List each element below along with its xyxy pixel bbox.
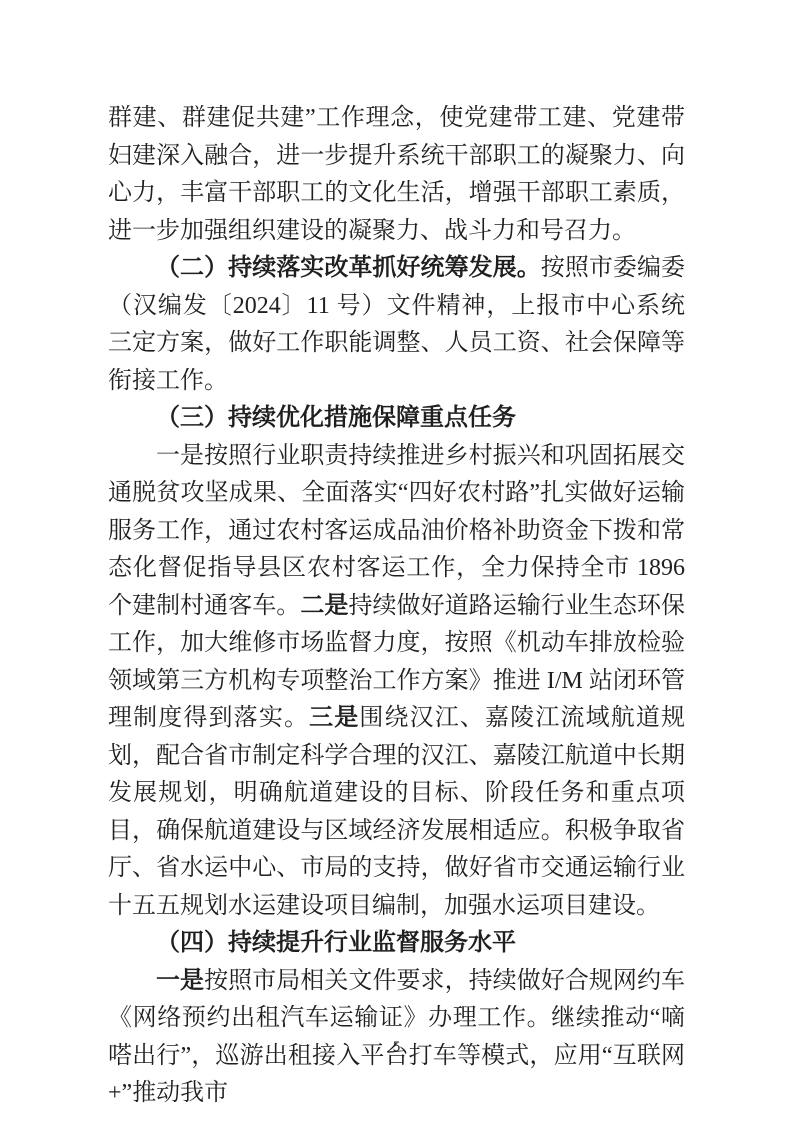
list-marker-second: 二是 xyxy=(300,593,348,619)
page-body-text: 群建、群建促共建”工作理念，使党建带工建、党建带妇建深入融合，进一步提升系统干部… xyxy=(108,100,685,1113)
paragraph: 群建、群建促共建”工作理念，使党建带工建、党建带妇建深入融合，进一步提升系统干部… xyxy=(108,100,685,250)
section-heading-4: （四）持续提升行业监督服务水平 xyxy=(156,930,516,956)
section-heading-3: （三）持续优化措施保障重点任务 xyxy=(156,405,516,431)
document-page: 群建、群建促共建”工作理念，使党建带工建、党建带妇建深入融合，进一步提升系统干部… xyxy=(0,0,793,1122)
section-heading-2: （二）持续落实改革抓好统筹发展。 xyxy=(156,255,541,281)
page-number: 5 xyxy=(0,1038,793,1056)
text-run: 围绕汉江、嘉陵江流域航道规划，配合省市制定科学合理的汉江、嘉陵江航道中长期发展规… xyxy=(108,705,685,919)
paragraph: 一是按照行业职责持续推进乡村振兴和巩固拓展交通脱贫攻坚成果、全面落实“四好农村路… xyxy=(108,438,685,926)
list-marker-first: 一是 xyxy=(156,968,204,994)
paragraph: （二）持续落实改革抓好统筹发展。按照市委编委（汉编发〔2024〕11 号）文件精… xyxy=(108,250,685,400)
text-run: 群建、群建促共建”工作理念，使党建带工建、党建带妇建深入融合，进一步提升系统干部… xyxy=(108,105,685,244)
paragraph: （三）持续优化措施保障重点任务 xyxy=(108,400,685,438)
list-marker-third: 三是 xyxy=(309,705,359,731)
paragraph: （四）持续提升行业监督服务水平 xyxy=(108,925,685,963)
